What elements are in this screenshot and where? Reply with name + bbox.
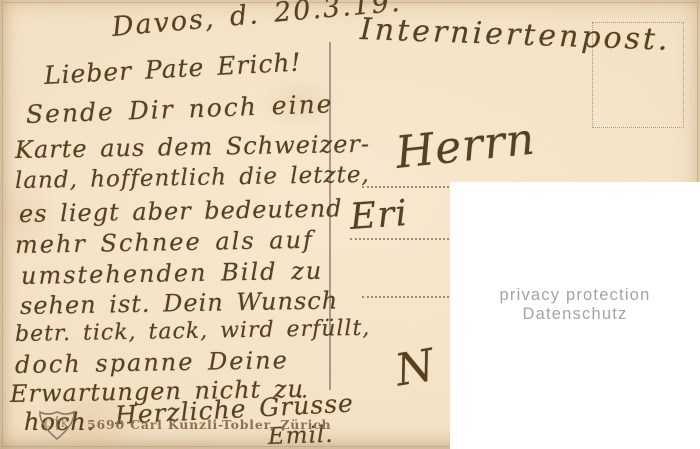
message-line: Sende Dir noch eine xyxy=(25,89,333,129)
message-line: Karte aus dem Schweizer- xyxy=(15,130,370,164)
message-line: umstehenden Bild zu xyxy=(21,257,324,290)
overprint-interniertenpost: Interniertenpost. xyxy=(359,12,671,58)
privacy-overlay-text-de: Datenschutz xyxy=(523,306,628,323)
publisher-logo-shield-icon: CTK xyxy=(34,408,80,442)
message-line: betr. tick, tack, wird erfüllt, xyxy=(15,316,371,347)
address-name-partial: Eri xyxy=(349,193,410,238)
message-line: es liegt aber bedeutend xyxy=(19,194,343,228)
postcard-back: Davos, d. 20.3.19. Lieber Pate Erich! Se… xyxy=(0,0,700,449)
publisher-imprint: 5690 Carl Künzli-Tobler, Zürich xyxy=(87,417,331,432)
message-line: land, hoffentlich die letzte, xyxy=(15,162,370,194)
postcard-scan: Davos, d. 20.3.19. Lieber Pate Erich! Se… xyxy=(0,0,700,449)
privacy-overlay: privacy protection Datenschutz xyxy=(450,182,700,449)
publisher-logo-monogram: CTK xyxy=(45,419,70,430)
privacy-overlay-text-en: privacy protection xyxy=(500,287,651,304)
message-line: Lieber Pate Erich! xyxy=(43,48,302,90)
message-line: sehen ist. Dein Wunsch xyxy=(20,286,339,320)
message-line: doch spanne Deine xyxy=(15,346,289,379)
address-word-partial: N xyxy=(392,340,440,397)
message-line: mehr Schnee als auf xyxy=(15,226,314,259)
address-salutation: Herrn xyxy=(393,114,537,179)
